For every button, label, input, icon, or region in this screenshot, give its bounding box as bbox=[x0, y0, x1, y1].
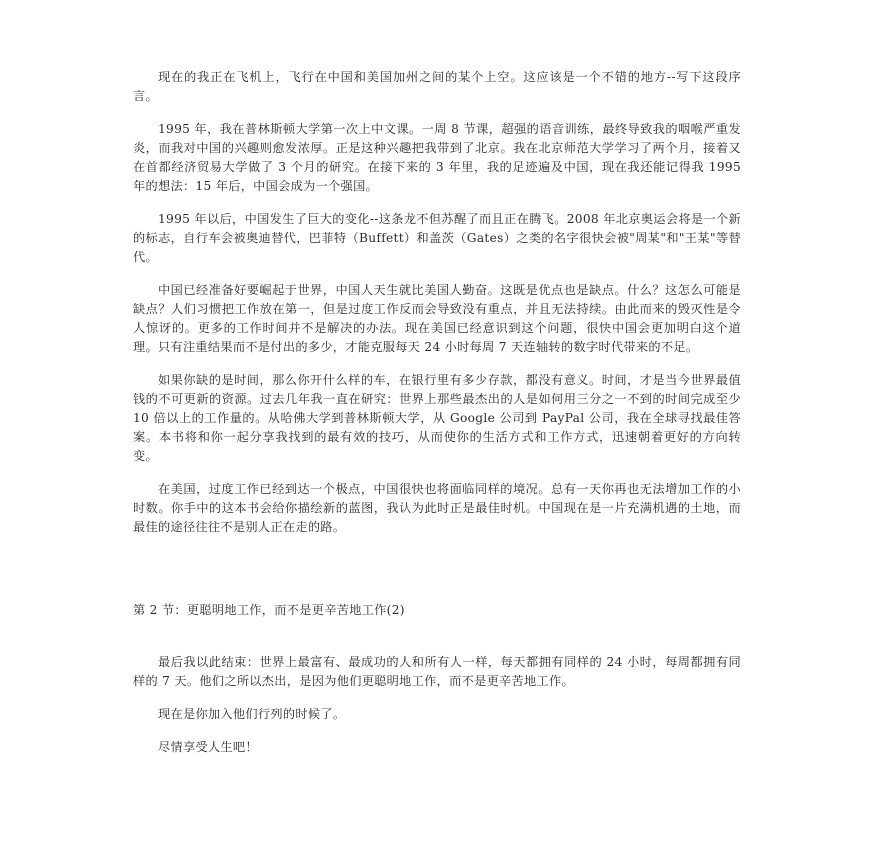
document-page: 现在的我正在飞机上，飞行在中国和美国加州之间的某个上空。这应该是一个不错的地方-… bbox=[133, 68, 741, 771]
paragraph-overwork-us: 在美国，过度工作已经到达一个极点，中国很快也将面临同样的境况。总有一天你再也无法… bbox=[133, 480, 741, 537]
paragraph-join-them: 现在是你加入他们行列的时候了。 bbox=[133, 705, 741, 724]
paragraph-enjoy-life: 尽情享受人生吧！ bbox=[133, 738, 741, 757]
section-heading: 第 2 节：更聪明地工作，而不是更辛苦地工作(2) bbox=[133, 601, 741, 620]
paragraph-conclusion: 最后我以此结束：世界上最富有、最成功的人和所有人一样，每天都拥有同样的 24 小… bbox=[133, 653, 741, 691]
paragraph-china-changes: 1995 年以后，中国发生了巨大的变化--这条龙不但苏醒了而且正在腾飞。2008… bbox=[133, 210, 741, 267]
spacer bbox=[133, 551, 741, 601]
paragraph-time-resource: 如果你缺的是时间，那么你开什么样的车，在银行里有多少存款，都没有意义。时间，才是… bbox=[133, 371, 741, 466]
paragraph-china-rising: 中国已经准备好要崛起于世界，中国人天生就比美国人勤奋。这既是优点也是缺点。什么？… bbox=[133, 281, 741, 357]
paragraph-1995-princeton: 1995 年，我在普林斯顿大学第一次上中文课。一周 8 节课，超强的语音训练，最… bbox=[133, 120, 741, 196]
paragraph-preface-intro: 现在的我正在飞机上，飞行在中国和美国加州之间的某个上空。这应该是一个不错的地方-… bbox=[133, 68, 741, 106]
spacer bbox=[133, 620, 741, 653]
